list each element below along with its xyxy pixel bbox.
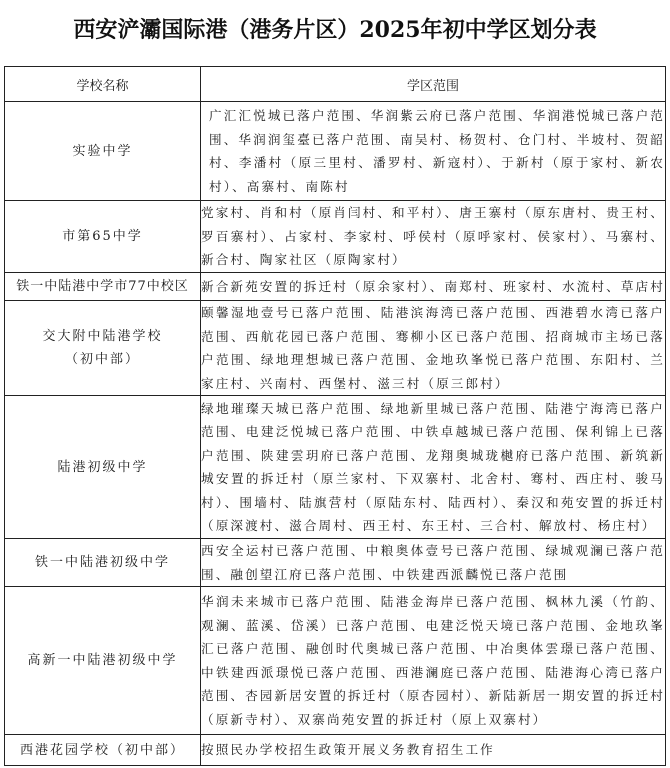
header-district-scope: 学区范围: [201, 67, 666, 102]
table-row: 西港花园学校（初中部） 按照民办学校招生政策开展义务教育招生工作: [5, 735, 666, 766]
school-name: 实验中学: [5, 102, 201, 201]
school-name: 西港花园学校（初中部）: [5, 735, 201, 766]
table-row: 市第65中学 党家村、肖和村（原肖闫村、和平村）、唐王寨村（原东唐村、贵王村、罗…: [5, 201, 666, 273]
document-title: 西安浐灞国际港（港务片区）2025年初中学区划分表: [0, 13, 670, 44]
table-row: 交大附中陆港学校 （初中部） 颐馨湿地壹号已落户范围、陆港滨海湾已落户范围、西港…: [5, 301, 666, 396]
school-name-line1: 交大附中陆港学校: [5, 325, 200, 348]
school-name: 市第65中学: [5, 201, 201, 273]
school-district-table: 学校名称 学区范围 实验中学 广汇汇悦城已落户范围、华润紫云府已落户范围、华润港…: [4, 66, 666, 766]
school-name: 铁一中陆港中学市77中校区: [5, 273, 201, 301]
school-name: 高新一中陆港初级中学: [5, 587, 201, 735]
district-scope: 颐馨湿地壹号已落户范围、陆港滨海湾已落户范围、西港碧水湾已落户范围、西航花园已落…: [201, 301, 666, 396]
school-name: 铁一中陆港初级中学: [5, 539, 201, 587]
district-scope: 绿地璀璨天城已落户范围、绿地新里城已落户范围、陆港宁海湾已落户范围、电建泛悦城已…: [201, 396, 666, 539]
district-scope: 党家村、肖和村（原肖闫村、和平村）、唐王寨村（原东唐村、贵王村、罗百寨村）、占家…: [201, 201, 666, 273]
district-scope: 广汇汇悦城已落户范围、华润紫云府已落户范围、华润港悦城已落户范围、华润润玺臺已落…: [201, 102, 666, 201]
table-row: 高新一中陆港初级中学 华润未来城市已落户范围、陆港金海岸已落户范围、枫林九溪（竹…: [5, 587, 666, 735]
school-name: 交大附中陆港学校 （初中部）: [5, 301, 201, 396]
district-scope: 按照民办学校招生政策开展义务教育招生工作: [201, 735, 666, 766]
school-name: 陆港初级中学: [5, 396, 201, 539]
table-row: 陆港初级中学 绿地璀璨天城已落户范围、绿地新里城已落户范围、陆港宁海湾已落户范围…: [5, 396, 666, 539]
header-school-name: 学校名称: [5, 67, 201, 102]
table-header-row: 学校名称 学区范围: [5, 67, 666, 102]
table-row: 铁一中陆港中学市77中校区 新合新苑安置的拆迁村（原余家村）、南郑村、班家村、水…: [5, 273, 666, 301]
school-name-line2: （初中部）: [5, 348, 200, 371]
district-scope: 新合新苑安置的拆迁村（原余家村）、南郑村、班家村、水流村、草店村: [201, 273, 666, 301]
table-row: 铁一中陆港初级中学 西安全运村已落户范围、中粮奥体壹号已落户范围、绿城观澜已落户…: [5, 539, 666, 587]
table-row: 实验中学 广汇汇悦城已落户范围、华润紫云府已落户范围、华润港悦城已落户范围、华润…: [5, 102, 666, 201]
district-scope: 华润未来城市已落户范围、陆港金海岸已落户范围、枫林九溪（竹韵、观澜、蓝溪、岱溪）…: [201, 587, 666, 735]
district-scope: 西安全运村已落户范围、中粮奥体壹号已落户范围、绿城观澜已落户范围、融创望江府已落…: [201, 539, 666, 587]
